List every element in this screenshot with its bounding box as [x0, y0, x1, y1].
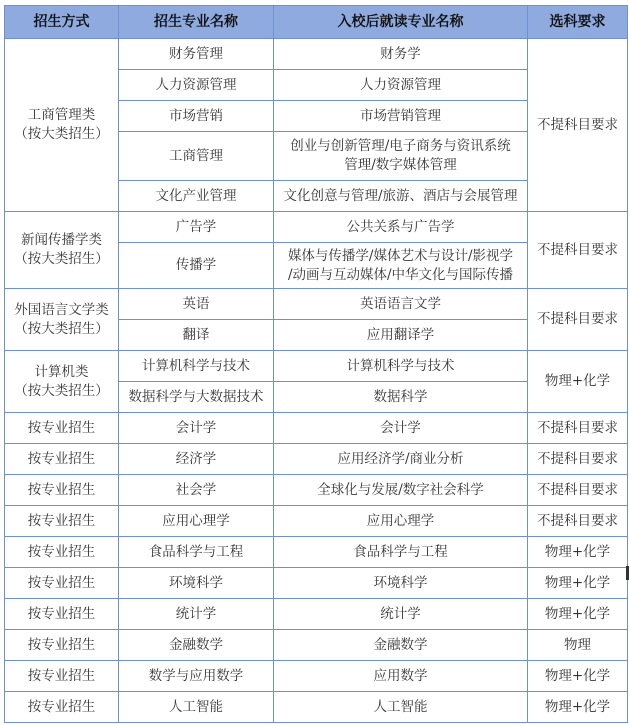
major-cell: 文化产业管理 — [119, 181, 274, 212]
method-cell: 按专业招生 — [5, 568, 119, 599]
method-cell: 外国语言文学类（按大类招生） — [5, 289, 119, 351]
method-cell: 新闻传播学类（按大类招生） — [5, 212, 119, 289]
requirement-cell: 物理+化学 — [528, 599, 628, 630]
study-cell: 应用翻译学 — [274, 320, 528, 351]
method-cell: 按专业招生 — [5, 661, 119, 692]
major-cell: 会计学 — [119, 413, 274, 444]
requirement-cell: 不提科目要求 — [528, 413, 628, 444]
study-cell: 英语语言文学 — [274, 289, 528, 320]
table-row: 外国语言文学类（按大类招生） 英语 英语语言文学 不提科目要求 — [5, 289, 628, 320]
study-cell: 计算机科学与技术 — [274, 351, 528, 382]
text-cursor-marker — [626, 566, 629, 580]
study-cell: 媒体与传播学/媒体艺术与设计/影视学/动画与互动媒体/中华文化与国际传播 — [274, 243, 528, 289]
table-row: 按专业招生 金融数学 金融数学 物理 — [5, 630, 628, 661]
method-cell: 按专业招生 — [5, 413, 119, 444]
method-cell: 按专业招生 — [5, 506, 119, 537]
study-cell: 会计学 — [274, 413, 528, 444]
method-cell: 按专业招生 — [5, 444, 119, 475]
major-cell: 数学与应用数学 — [119, 661, 274, 692]
study-cell: 金融数学 — [274, 630, 528, 661]
header-requirement: 选科要求 — [528, 6, 628, 39]
requirement-cell: 物理+化学 — [528, 537, 628, 568]
major-cell: 环境科学 — [119, 568, 274, 599]
study-cell: 文化创意与管理/旅游、酒店与会展管理 — [274, 181, 528, 212]
method-cell: 工商管理类（按大类招生） — [5, 39, 119, 212]
method-cell: 按专业招生 — [5, 537, 119, 568]
header-major: 招生专业名称 — [119, 6, 274, 39]
major-cell: 数据科学与大数据技术 — [119, 382, 274, 413]
major-cell: 社会学 — [119, 475, 274, 506]
table-row: 计算机类（按大类招生） 计算机科学与技术 计算机科学与技术 物理+化学 — [5, 351, 628, 382]
method-cell: 按专业招生 — [5, 475, 119, 506]
requirement-cell: 不提科目要求 — [528, 39, 628, 212]
method-cell: 计算机类（按大类招生） — [5, 351, 119, 413]
table-row: 按专业招生 社会学 全球化与发展/数字社会科学 不提科目要求 — [5, 475, 628, 506]
table-row: 按专业招生 应用心理学 应用心理学 不提科目要求 — [5, 506, 628, 537]
major-cell: 计算机科学与技术 — [119, 351, 274, 382]
table-row: 工商管理类（按大类招生） 财务管理 财务学 不提科目要求 — [5, 39, 628, 70]
requirement-cell: 不提科目要求 — [528, 444, 628, 475]
method-cell: 按专业招生 — [5, 599, 119, 630]
major-cell: 财务管理 — [119, 39, 274, 70]
study-cell: 环境科学 — [274, 568, 528, 599]
requirement-cell: 不提科目要求 — [528, 212, 628, 289]
table-row: 按专业招生 统计学 统计学 物理+化学 — [5, 599, 628, 630]
study-cell: 应用心理学 — [274, 506, 528, 537]
major-cell: 翻译 — [119, 320, 274, 351]
study-cell: 市场营销管理 — [274, 101, 528, 132]
study-cell: 人力资源管理 — [274, 70, 528, 101]
study-cell: 财务学 — [274, 39, 528, 70]
study-cell: 全球化与发展/数字社会科学 — [274, 475, 528, 506]
method-cell: 按专业招生 — [5, 692, 119, 723]
header-row: 招生方式 招生专业名称 入校后就读专业名称 选科要求 — [5, 6, 628, 39]
study-cell: 食品科学与工程 — [274, 537, 528, 568]
major-cell: 广告学 — [119, 212, 274, 243]
major-cell: 经济学 — [119, 444, 274, 475]
study-cell: 数据科学 — [274, 382, 528, 413]
major-cell: 英语 — [119, 289, 274, 320]
major-cell: 金融数学 — [119, 630, 274, 661]
header-method: 招生方式 — [5, 6, 119, 39]
table-row: 按专业招生 食品科学与工程 食品科学与工程 物理+化学 — [5, 537, 628, 568]
study-cell: 创业与创新管理/电子商务与资讯系统管理/数字媒体管理 — [274, 132, 528, 181]
requirement-cell: 物理+化学 — [528, 351, 628, 413]
study-cell: 人工智能 — [274, 692, 528, 723]
major-cell: 统计学 — [119, 599, 274, 630]
major-cell: 人力资源管理 — [119, 70, 274, 101]
requirement-cell: 不提科目要求 — [528, 289, 628, 351]
study-cell: 统计学 — [274, 599, 528, 630]
major-cell: 食品科学与工程 — [119, 537, 274, 568]
major-cell: 应用心理学 — [119, 506, 274, 537]
study-cell: 公共关系与广告学 — [274, 212, 528, 243]
study-cell: 应用经济学/商业分析 — [274, 444, 528, 475]
table-row: 按专业招生 会计学 会计学 不提科目要求 — [5, 413, 628, 444]
admissions-table: 招生方式 招生专业名称 入校后就读专业名称 选科要求 工商管理类（按大类招生） … — [4, 5, 628, 723]
requirement-cell: 物理 — [528, 630, 628, 661]
major-cell: 市场营销 — [119, 101, 274, 132]
major-cell: 工商管理 — [119, 132, 274, 181]
requirement-cell: 物理+化学 — [528, 661, 628, 692]
table-row: 按专业招生 人工智能 人工智能 物理+化学 — [5, 692, 628, 723]
requirement-cell: 不提科目要求 — [528, 506, 628, 537]
table-row: 按专业招生 环境科学 环境科学 物理+化学 — [5, 568, 628, 599]
header-study: 入校后就读专业名称 — [274, 6, 528, 39]
requirement-cell: 物理+化学 — [528, 692, 628, 723]
requirement-cell: 物理+化学 — [528, 568, 628, 599]
major-cell: 传播学 — [119, 243, 274, 289]
table-row: 新闻传播学类（按大类招生） 广告学 公共关系与广告学 不提科目要求 — [5, 212, 628, 243]
study-cell: 应用数学 — [274, 661, 528, 692]
method-cell: 按专业招生 — [5, 630, 119, 661]
table-row: 按专业招生 经济学 应用经济学/商业分析 不提科目要求 — [5, 444, 628, 475]
major-cell: 人工智能 — [119, 692, 274, 723]
table-row: 按专业招生 数学与应用数学 应用数学 物理+化学 — [5, 661, 628, 692]
requirement-cell: 不提科目要求 — [528, 475, 628, 506]
